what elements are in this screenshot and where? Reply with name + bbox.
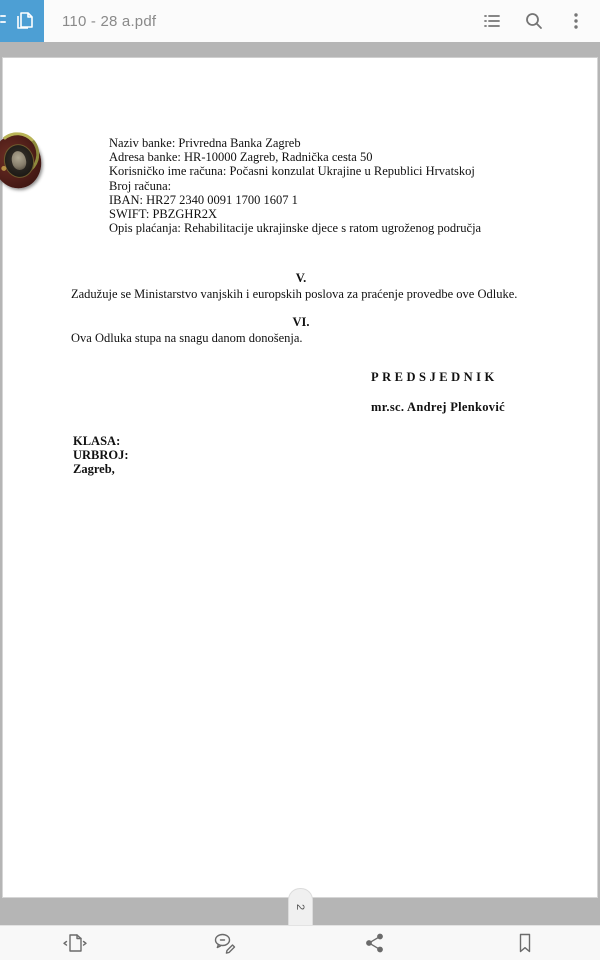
page-number: 2 (295, 904, 307, 910)
document-footer-block: KLASA: URBROJ: Zagreb, (73, 434, 129, 477)
outline-list-icon[interactable] (478, 7, 506, 35)
seal-image (0, 127, 51, 196)
section-heading-vi: VI. (3, 315, 599, 330)
bank-line: Broj računa: (109, 179, 481, 193)
urbroj-line: URBROJ: (73, 448, 129, 462)
signature-name: mr.sc. Andrej Plenković (371, 400, 505, 415)
bank-line: Korisničko ime računa: Počasni konzulat … (109, 164, 481, 178)
bank-line: Opis plaćanja: Rehabilitacije ukrajinske… (109, 221, 481, 235)
section-body-v: Zadužuje se Ministarstvo vanjskih i euro… (71, 287, 517, 302)
annotate-icon[interactable] (208, 928, 242, 958)
klasa-line: KLASA: (73, 434, 129, 448)
bank-line: IBAN: HR27 2340 0091 1700 1607 1 (109, 193, 481, 207)
page-view-icon[interactable] (58, 928, 92, 958)
page-gutter-top (0, 42, 600, 57)
section-body-vi: Ova Odluka stupa na snagu danom donošenj… (71, 331, 303, 346)
app-bar: 110 - 28 a.pdf (0, 0, 600, 42)
app-bar-actions (478, 7, 600, 35)
bottom-toolbar (0, 925, 600, 960)
pdf-page[interactable]: Naziv banke: Privredna Banka Zagreb Adre… (2, 57, 598, 898)
pages-icon (13, 10, 35, 32)
pages-drawer-button[interactable] (0, 0, 44, 42)
signature-block: PREDSJEDNIK mr.sc. Andrej Plenković (371, 370, 505, 415)
zagreb-line: Zagreb, (73, 462, 129, 476)
section-heading-v: V. (3, 271, 599, 286)
hamburger-icon (0, 15, 6, 27)
signature-title: PREDSJEDNIK (371, 370, 505, 385)
bank-line: SWIFT: PBZGHR2X (109, 207, 481, 221)
bank-line: Naziv banke: Privredna Banka Zagreb (109, 136, 481, 150)
bookmark-icon[interactable] (508, 928, 542, 958)
document-title: 110 - 28 a.pdf (62, 13, 478, 30)
bank-details-block: Naziv banke: Privredna Banka Zagreb Adre… (109, 136, 481, 235)
share-icon[interactable] (358, 928, 392, 958)
bank-line: Adresa banke: HR-10000 Zagreb, Radnička … (109, 150, 481, 164)
overflow-menu-icon[interactable] (562, 7, 590, 35)
page-number-tab[interactable]: 2 (288, 888, 313, 925)
search-icon[interactable] (520, 7, 548, 35)
